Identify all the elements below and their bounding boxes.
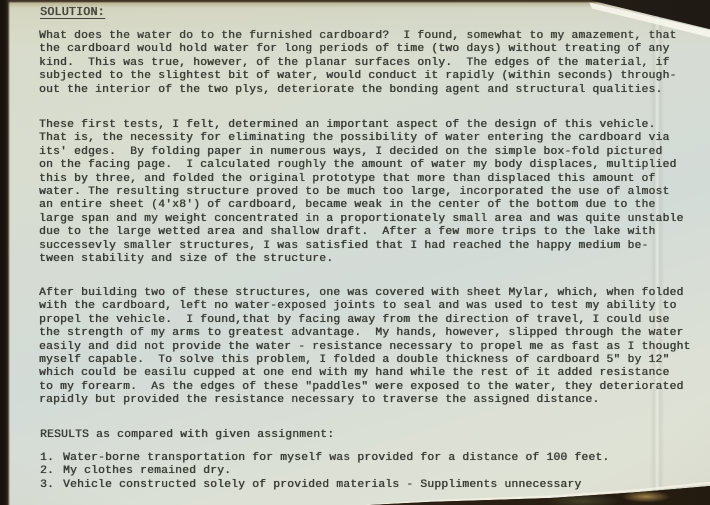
result-text: My clothes remained dry.	[63, 465, 231, 478]
result-text: Water-borne transportation for myself wa…	[63, 452, 609, 465]
result-number: 3.	[40, 479, 63, 492]
paragraph-mylar-paddles: After building two of these structures, …	[39, 287, 691, 408]
photo-edge-left	[0, 0, 10, 505]
result-text: Vehicle constructed solely of provided m…	[63, 479, 581, 492]
solution-heading: SOLUTION:	[40, 6, 105, 19]
result-item: 3. Vehicle constructed solely of provide…	[40, 479, 609, 492]
result-number: 1.	[40, 452, 63, 465]
results-list: 1. Water-borne transportation for myself…	[40, 452, 609, 492]
paragraph-design-tests: These first tests, I felt, determined an…	[39, 119, 683, 266]
result-item: 2. My clothes remained dry.	[40, 465, 609, 478]
paragraph-water-absorption: What does the water do to the furnished …	[39, 30, 676, 97]
result-item: 1. Water-borne transportation for myself…	[40, 452, 609, 465]
result-number: 2.	[40, 465, 63, 478]
typewritten-page-photo: SOLUTION: What does the water do to the …	[0, 0, 710, 505]
results-heading: RESULTS as compared with given assignmen…	[40, 429, 334, 442]
